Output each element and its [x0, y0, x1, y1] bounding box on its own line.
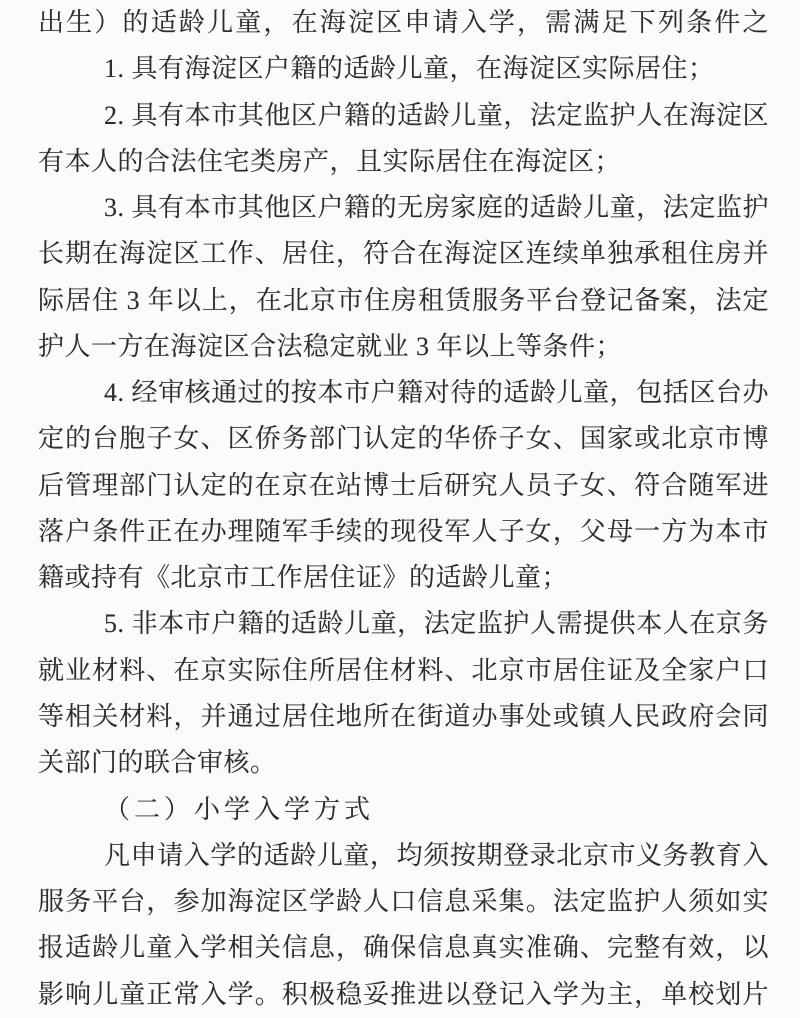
- text-line: 后管理部门认定的在京在站博士后研究人员子女、符合随军进京: [38, 463, 769, 509]
- document-page: { "page": { "background_color": "#fbfbf9…: [0, 0, 800, 1018]
- list-item-5: 5. 非本市户籍的适龄儿童，法定监护人需提供本人在京务工: [38, 601, 769, 647]
- text-line: 出生）的适龄儿童，在海淀区申请入学，需满足下列条件之一：: [38, 0, 769, 46]
- text-line: 报适龄儿童入学相关信息，确保信息真实准确、完整有效，以免: [38, 925, 769, 971]
- text-line: 际居住 3 年以上，在北京市住房租赁服务平台登记备案，法定监: [38, 278, 769, 324]
- section-heading: （二）小学入学方式: [38, 787, 769, 833]
- document-body: 出生）的适龄儿童，在海淀区申请入学，需满足下列条件之一： 1. 具有海淀区户籍的…: [0, 0, 800, 1018]
- list-item-1: 1. 具有海淀区户籍的适龄儿童，在海淀区实际居住；: [38, 46, 769, 92]
- text-line: 关部门的联合审核。: [38, 740, 769, 786]
- text-line: 影响儿童正常入学。积极稳妥推进以登记入学为主，单校划片与: [38, 972, 769, 1018]
- list-item-2: 2. 具有本市其他区户籍的适龄儿童，法定监护人在海淀区具: [38, 93, 769, 139]
- text-line: 有本人的合法住宅类房产，且实际居住在海淀区；: [38, 139, 769, 185]
- text-line: 落户条件正在办理随军手续的现役军人子女，父母一方为本市户: [38, 509, 769, 555]
- text-line: 定的台胞子女、区侨务部门认定的华侨子女、国家或北京市博士: [38, 416, 769, 462]
- text-line: 凡申请入学的适龄儿童，均须按期登录北京市义务教育入学: [38, 833, 769, 879]
- list-item-4: 4. 经审核通过的按本市户籍对待的适龄儿童，包括区台办认: [38, 370, 769, 416]
- text-line: 服务平台，参加海淀区学龄人口信息采集。法定监护人须如实填: [38, 879, 769, 925]
- text-line: 长期在海淀区工作、居住，符合在海淀区连续单独承租住房并实: [38, 231, 769, 277]
- text-line: 等相关材料，并通过居住地所在街道办事处或镇人民政府会同相: [38, 694, 769, 740]
- text-line: 籍或持有《北京市工作居住证》的适龄儿童；: [38, 555, 769, 601]
- list-item-3: 3. 具有本市其他区户籍的无房家庭的适龄儿童，法定监护人: [38, 185, 769, 231]
- text-line: 护人一方在海淀区合法稳定就业 3 年以上等条件；: [38, 324, 769, 370]
- text-line: 就业材料、在京实际住所居住材料、北京市居住证及全家户口簿: [38, 648, 769, 694]
